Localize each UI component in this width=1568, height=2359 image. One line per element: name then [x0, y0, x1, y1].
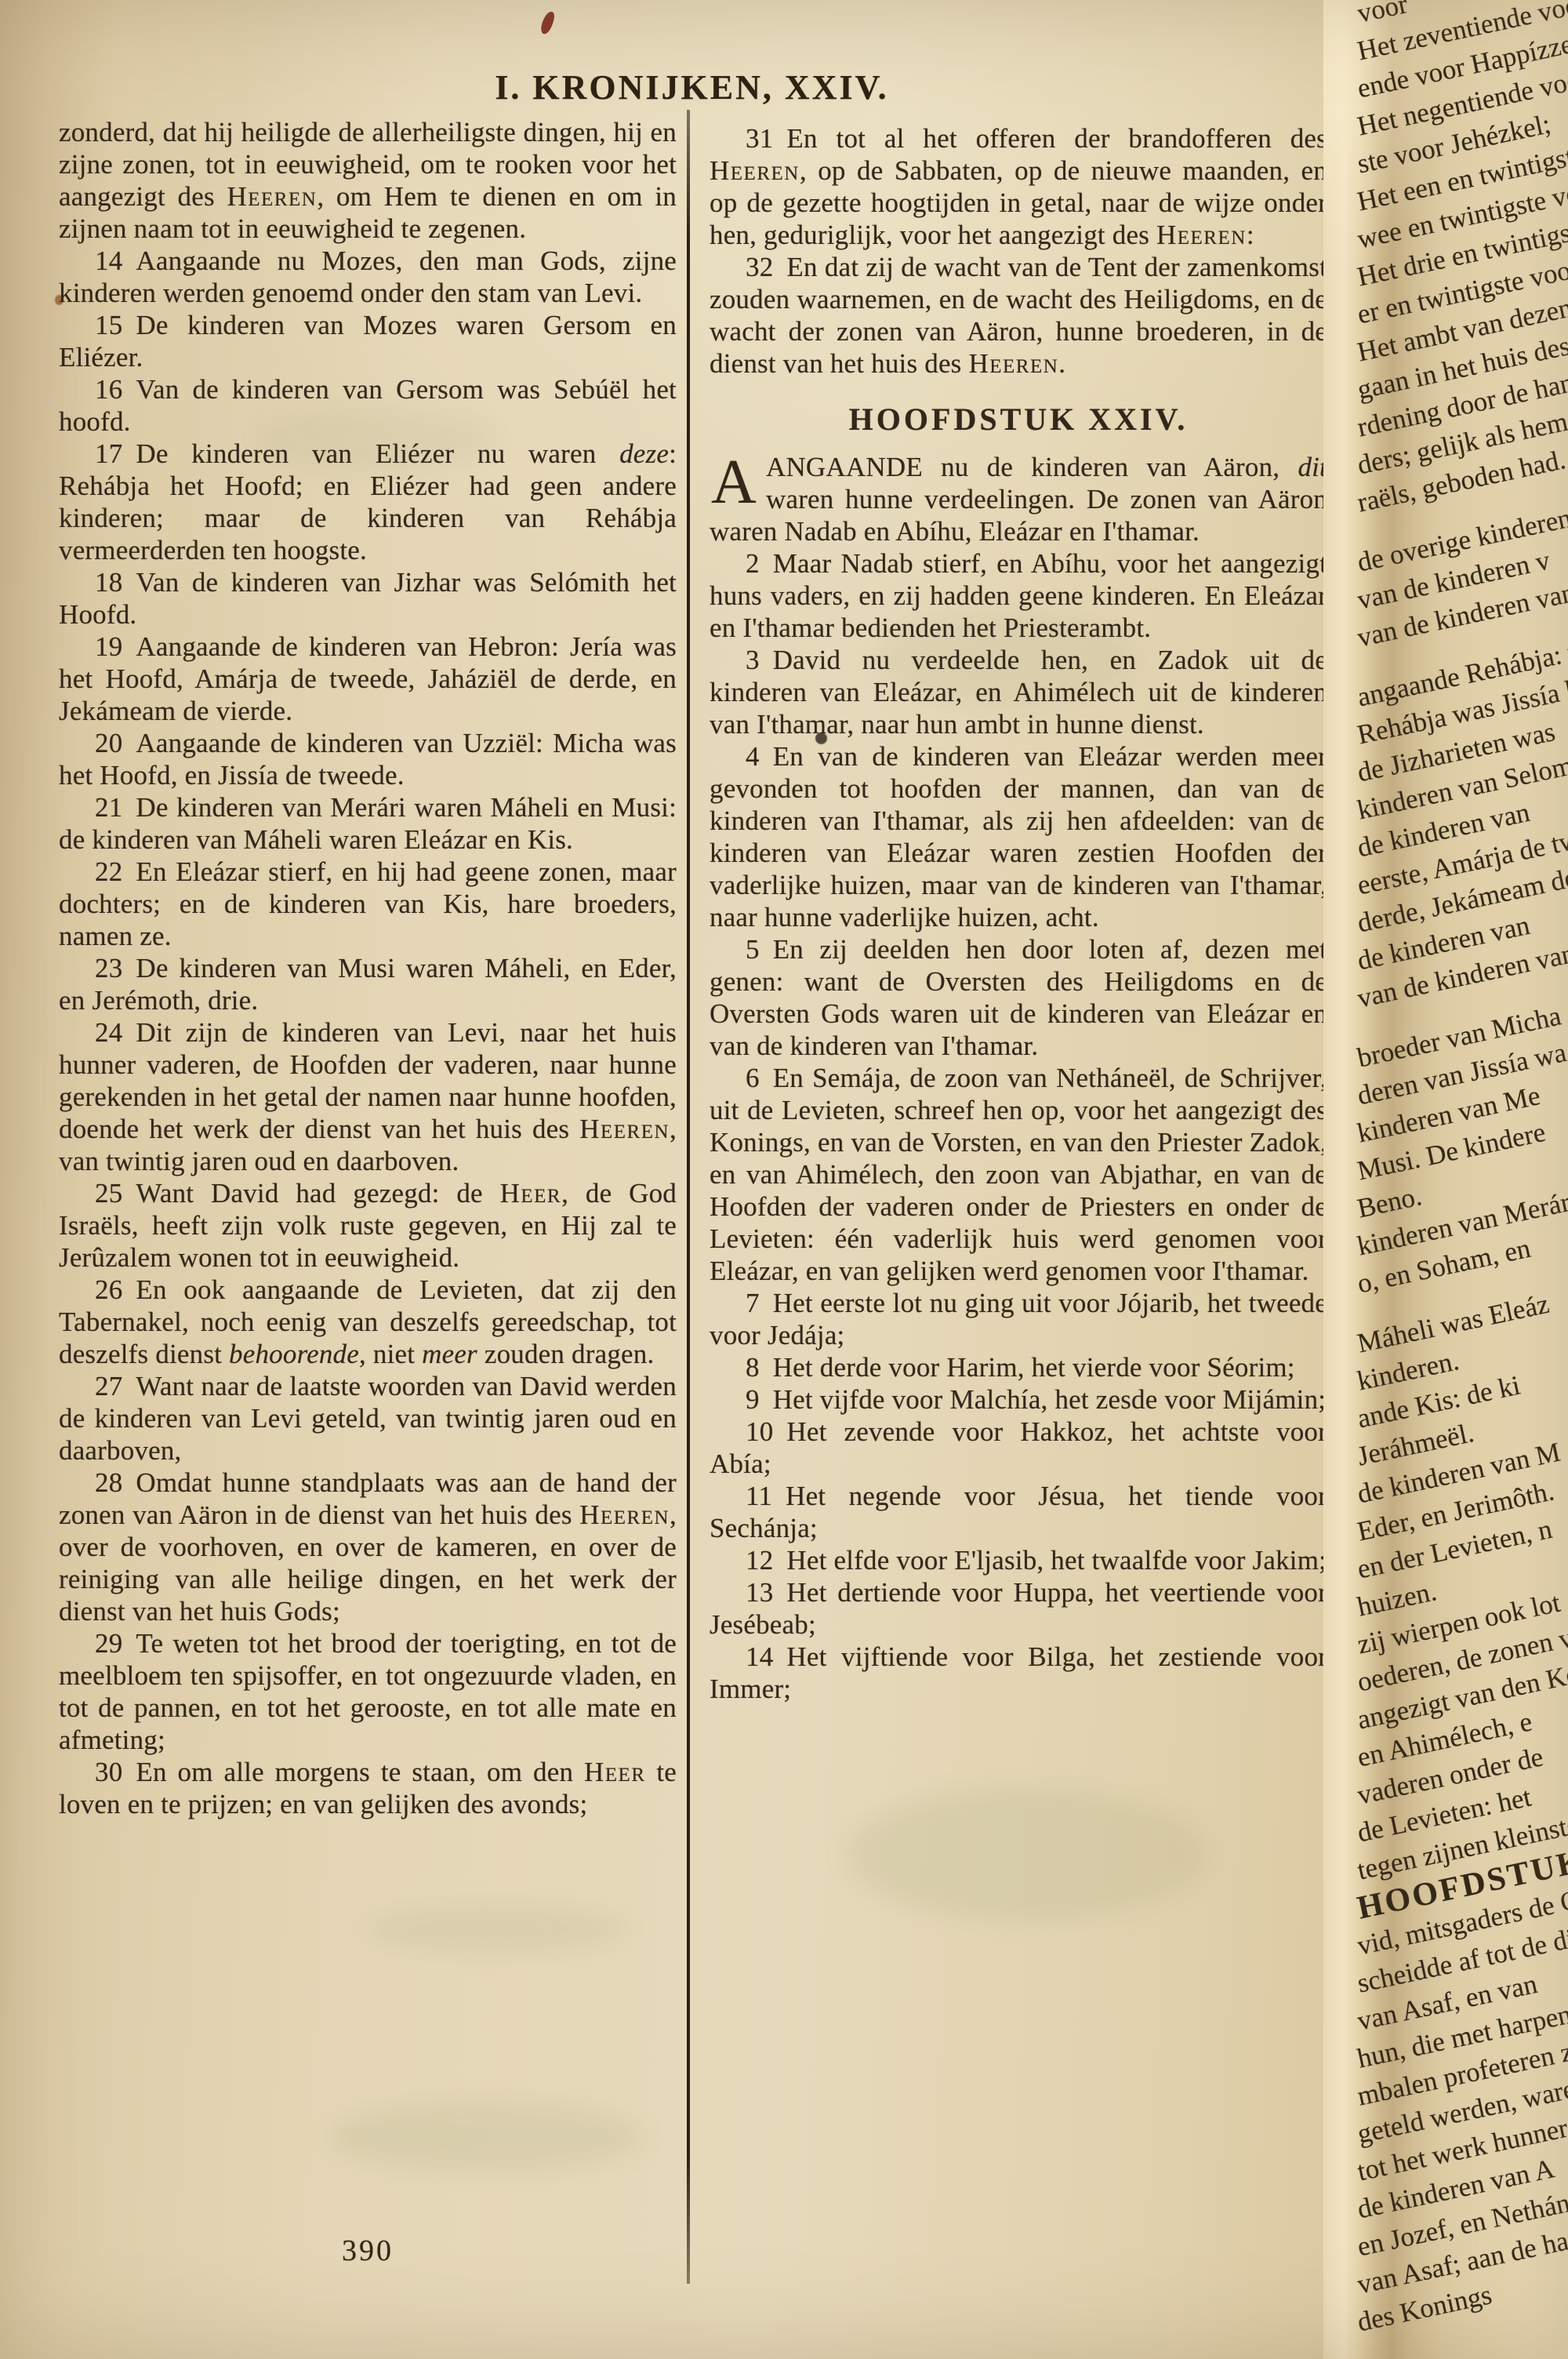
verse-text: ANGAANDE nu de kinderen van Aäron, dit w…: [710, 452, 1327, 547]
verse-paragraph: 7Het eerste lot nu ging uit voor Jójarib…: [710, 1287, 1327, 1351]
verse-text: En ook aangaande de Levieten, dat zij de…: [59, 1274, 677, 1369]
verse-number: 30: [95, 1757, 122, 1787]
verse-number: 7: [746, 1288, 760, 1318]
verse-paragraph: 25Want David had gezegd: de Heer, de God…: [59, 1177, 677, 1274]
verse-number: 2: [746, 548, 760, 579]
verse-number: 6: [746, 1063, 760, 1093]
running-head: I. KRONIJKEN, XXIV.: [59, 67, 1325, 107]
bleed-through-stain: [368, 1906, 627, 1953]
verse-paragraph: 21De kinderen van Merári waren Máheli en…: [59, 791, 677, 856]
verse-number: 8: [746, 1352, 760, 1383]
verse-paragraph: 11Het negende voor Jésua, het tiende voo…: [710, 1480, 1327, 1544]
verse-text: zonderd, dat hij heiligde de allerheilig…: [59, 117, 677, 244]
verse-text: Het eerste lot nu ging uit voor Jójarib,…: [710, 1288, 1327, 1350]
verse-text: De kinderen van Merári waren Máheli en M…: [59, 792, 677, 855]
verse-number: 23: [95, 953, 122, 983]
verse-paragraph: 16Van de kinderen van Gersom was Sebúël …: [59, 373, 677, 438]
verse-paragraph: 3David nu verdeelde hen, en Zadok uit de…: [710, 644, 1327, 740]
verse-text: En Semája, de zoon van Netháneël, de Sch…: [710, 1063, 1327, 1286]
verse-text: De kinderen van Eliézer nu waren deze: R…: [59, 438, 677, 565]
right-text-column: 31En tot al het offeren der brandofferen…: [710, 122, 1327, 1705]
bleed-through-stain: [847, 1788, 1207, 1921]
verse-text: Aangaande nu Mozes, den man Gods, zijne …: [59, 245, 677, 308]
drop-cap: A: [711, 455, 757, 510]
facing-page-text: voor Het zeventiende voor ende voor Happ…: [1358, 0, 1568, 2342]
verse-number: 14: [746, 1641, 773, 1672]
verse-paragraph: 14Het vijftiende voor Bilga, het zestien…: [710, 1641, 1327, 1705]
verse-text: En van de kinderen van Eleázar werden me…: [710, 741, 1327, 932]
verse-number: 31: [746, 123, 773, 154]
verse-text: En dat zij de wacht van de Tent der zame…: [710, 252, 1327, 379]
verse-number: 10: [746, 1416, 773, 1447]
verse-text: En zij deelden hen door loten af, dezen …: [710, 934, 1327, 1061]
verse-number: 29: [95, 1628, 122, 1659]
verse-text: Het zevende voor Hakkoz, het achtste voo…: [710, 1416, 1327, 1479]
verse-paragraph: 10Het zevende voor Hakkoz, het achtste v…: [710, 1416, 1327, 1480]
left-text-column: zonderd, dat hij heiligde de allerheilig…: [59, 116, 677, 1820]
verse-paragraph: 22En Eleázar stierf, en hij had geene zo…: [59, 856, 677, 952]
verse-text: De kinderen van Musi waren Máheli, en Ed…: [59, 953, 677, 1016]
verse-paragraph: 13Het dertiende voor Huppa, het veertien…: [710, 1576, 1327, 1641]
ink-mark: [539, 10, 557, 36]
verse-number: 4: [746, 741, 760, 772]
verse-paragraph: 30En om alle morgens te staan, om den He…: [59, 1756, 677, 1820]
verse-paragraph: 29Te weten tot het brood der toerigting,…: [59, 1627, 677, 1756]
bleed-through-stain: [329, 2102, 643, 2172]
verse-paragraph: zonderd, dat hij heiligde de allerheilig…: [59, 116, 677, 245]
verse-number: 32: [746, 252, 773, 282]
verse-text: Het vijfde voor Malchía, het zesde voor …: [773, 1384, 1327, 1415]
verse-paragraph: AANGAANDE nu de kinderen van Aäron, dit …: [710, 451, 1327, 547]
verse-text: En Eleázar stierf, en hij had geene zone…: [59, 856, 677, 951]
page-number: 390: [59, 2234, 677, 2268]
verse-paragraph: 14Aangaande nu Mozes, den man Gods, zijn…: [59, 245, 677, 309]
verse-paragraph: 15De kinderen van Mozes waren Gersom en …: [59, 309, 677, 373]
verse-number: 3: [746, 645, 760, 675]
chapter-heading: HOOFDSTUK XXIV.: [710, 403, 1327, 435]
verse-number: 14: [95, 245, 122, 276]
verse-paragraph: 28Omdat hunne standplaats was aan de han…: [59, 1467, 677, 1627]
verse-text: En tot al het offeren der brandofferen d…: [710, 123, 1327, 250]
verse-number: 27: [95, 1371, 122, 1401]
verse-number: 12: [746, 1545, 773, 1576]
column-divider-rule: [687, 110, 690, 2284]
verse-text: Aangaande de kinderen van Hebron: Jería …: [59, 631, 677, 726]
verse-text: Het dertiende voor Huppa, het veertiende…: [710, 1577, 1327, 1640]
verse-text: En om alle morgens te staan, om den Heer…: [59, 1757, 677, 1819]
verse-text: Omdat hunne standplaats was aan de hand …: [59, 1467, 677, 1627]
verse-number: 26: [95, 1274, 122, 1305]
verse-text: Want David had gezegd: de Heer, de God I…: [59, 1178, 677, 1273]
verse-text: Dit zijn de kinderen van Levi, naar het …: [59, 1017, 677, 1176]
verse-paragraph: 6En Semája, de zoon van Netháneël, de Sc…: [710, 1062, 1327, 1287]
verse-number: 15: [95, 310, 122, 340]
verse-text: Het elfde voor E'ljasib, het twaalfde vo…: [786, 1545, 1327, 1576]
verse-paragraph: 19Aangaande de kinderen van Hebron: Jerí…: [59, 631, 677, 727]
verse-paragraph: 2Maar Nadab stierf, en Abíhu, voor het a…: [710, 547, 1327, 644]
verse-text: Het negende voor Jésua, het tiende voor …: [710, 1481, 1327, 1543]
verse-text: Want naar de laatste woorden van David w…: [59, 1371, 677, 1466]
verse-number: 5: [746, 934, 760, 965]
verse-text: Van de kinderen van Gersom was Sebúël he…: [59, 374, 677, 437]
verse-number: 17: [95, 438, 122, 469]
verse-number: 21: [95, 792, 122, 823]
verse-paragraph: 32En dat zij de wacht van de Tent der za…: [710, 251, 1327, 380]
verse-paragraph: 24Dit zijn de kinderen van Levi, naar he…: [59, 1016, 677, 1177]
verse-paragraph: 17De kinderen van Eliézer nu waren deze:…: [59, 438, 677, 566]
verse-number: 28: [95, 1467, 122, 1498]
verse-number: 16: [95, 374, 122, 405]
verse-paragraph: 20Aangaande de kinderen van Uzziël: Mich…: [59, 727, 677, 791]
verse-paragraph: 23De kinderen van Musi waren Máheli, en …: [59, 952, 677, 1016]
scanned-bible-page: I. KRONIJKEN, XXIV. zonderd, dat hij hei…: [0, 0, 1568, 2359]
verse-paragraph: 12Het elfde voor E'ljasib, het twaalfde …: [710, 1544, 1327, 1576]
verse-paragraph: 9Het vijfde voor Malchía, het zesde voor…: [710, 1383, 1327, 1416]
verse-text: De kinderen van Mozes waren Gersom en El…: [59, 310, 677, 373]
verse-paragraph: 5En zij deelden hen door loten af, dezen…: [710, 933, 1327, 1062]
verse-number: 11: [746, 1481, 772, 1511]
verse-paragraph: 26En ook aangaande de Levieten, dat zij …: [59, 1274, 677, 1370]
verse-number: 20: [95, 728, 122, 758]
verse-text: Maar Nadab stierf, en Abíhu, voor het aa…: [710, 548, 1327, 643]
verse-paragraph: 8Het derde voor Harim, het vierde voor S…: [710, 1351, 1327, 1383]
verse-number: 25: [95, 1178, 122, 1209]
verse-text: Aangaande de kinderen van Uzziël: Micha …: [59, 728, 677, 791]
verse-number: 9: [746, 1384, 760, 1415]
verse-text: Van de kinderen van Jizhar was Selómith …: [59, 567, 677, 630]
verse-number: 24: [95, 1017, 122, 1048]
verse-paragraph: 31En tot al het offeren der brandofferen…: [710, 122, 1327, 251]
verse-text: Het vijftiende voor Bilga, het zestiende…: [710, 1641, 1327, 1704]
verse-text: Het derde voor Harim, het vierde voor Sé…: [773, 1352, 1295, 1383]
verse-text: Te weten tot het brood der toerigting, e…: [59, 1628, 677, 1755]
facing-page-gutter: voor Het zeventiende voor ende voor Happ…: [1323, 0, 1568, 2359]
verse-paragraph: 18Van de kinderen van Jizhar was Selómit…: [59, 566, 677, 631]
verse-number: 18: [95, 567, 122, 598]
verse-number: 13: [746, 1577, 773, 1608]
verse-paragraph: 27Want naar de laatste woorden van David…: [59, 1370, 677, 1467]
verse-text: David nu verdeelde hen, en Zadok uit de …: [710, 645, 1327, 740]
verse-number: 22: [95, 856, 122, 887]
verse-number: 19: [95, 631, 122, 662]
verse-paragraph: 4En van de kinderen van Eleázar werden m…: [710, 740, 1327, 933]
